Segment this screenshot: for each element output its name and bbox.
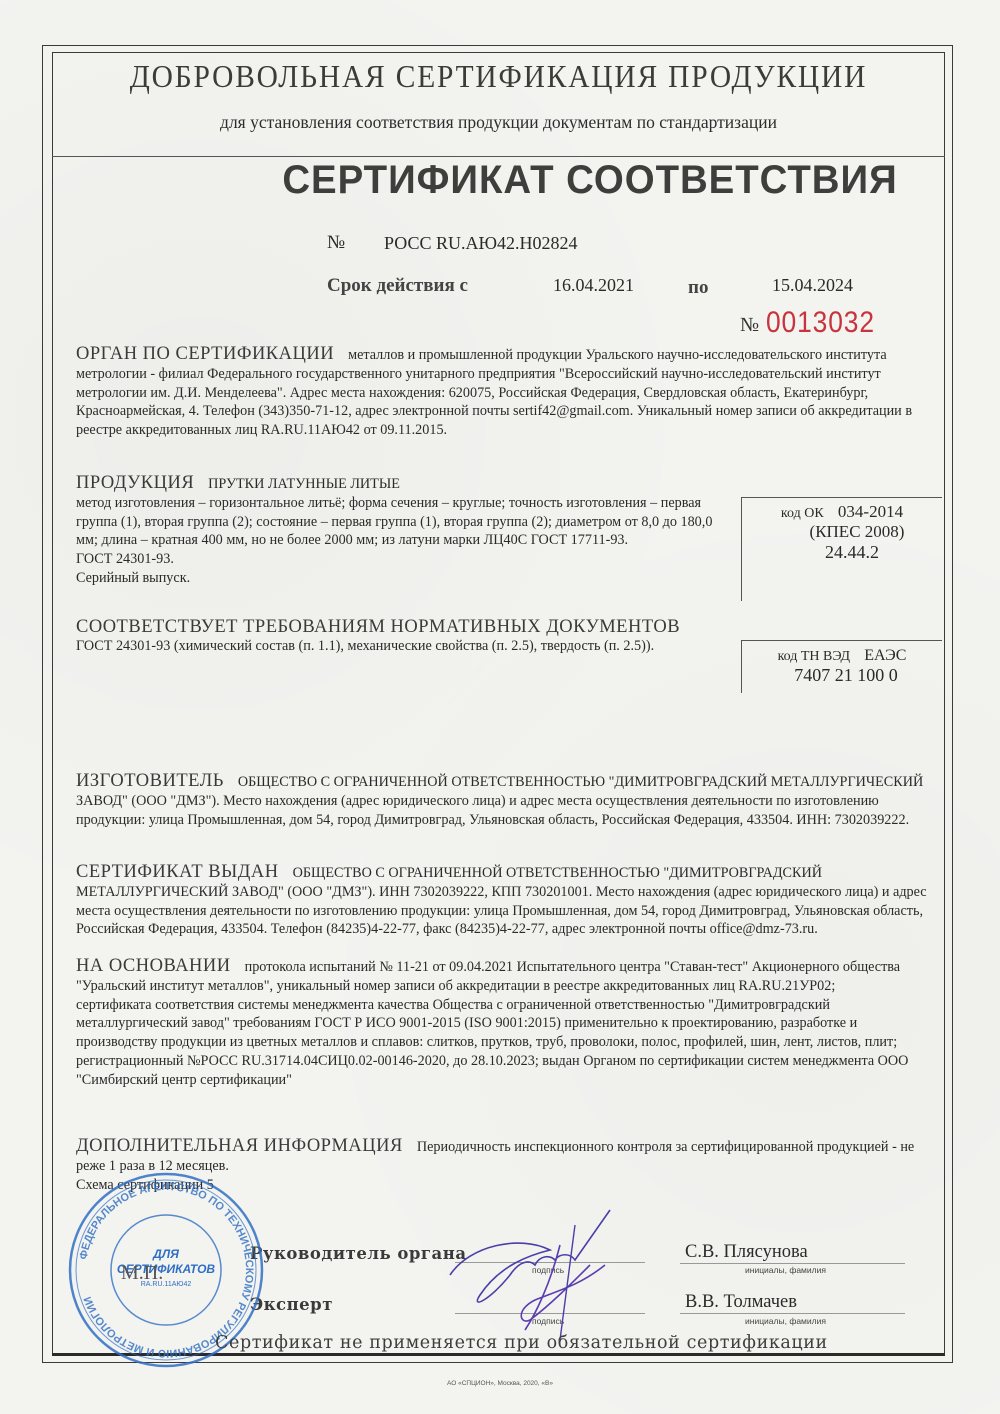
product-standard: ГОСТ 24301-93. [76, 550, 736, 569]
header-title: ДОБРОВОЛЬНАЯ СЕРТИФИКАЦИЯ ПРОДУКЦИИ [88, 58, 910, 95]
valid-from-date: 16.04.2021 [553, 275, 634, 296]
certification-body-section: ОРГАН ПО СЕРТИФИКАЦИИметаллов и промышле… [76, 345, 936, 440]
header-subtitle: для установления соответствия продукции … [52, 112, 945, 133]
tnved-code-label: код ТН ВЭД [778, 649, 850, 664]
basis-section: НА ОСНОВАНИИпротокола испытаний № 11-21 … [76, 957, 936, 1090]
serial-number: 0013032 [766, 306, 875, 340]
ok-code-value: 24.44.2 [762, 542, 942, 563]
head-name: С.В. Плясунова [685, 1242, 808, 1263]
manufacturer-heading: ИЗГОТОВИТЕЛЬ [76, 771, 224, 791]
certificate-number-label: № [327, 232, 345, 254]
head-name-line [680, 1263, 905, 1264]
ok-code-classifier-name: (КПЕС 2008) [772, 522, 942, 542]
product-description: метод изготовления – горизонтальное лить… [76, 494, 736, 550]
compliance-text: ГОСТ 24301-93 (химический состав (п. 1.1… [76, 637, 736, 656]
ok-code-box: код ОК 034-2014 (КПЕС 2008) 24.44.2 [741, 497, 942, 601]
expert-name-caption: инициалы, фамилия [745, 1316, 826, 1326]
certification-body-heading: ОРГАН ПО СЕРТИФИКАЦИИ [76, 344, 334, 364]
handwritten-signatures-icon [440, 1205, 640, 1345]
valid-to-date: 15.04.2024 [772, 275, 853, 296]
serial-number-label: № [740, 314, 759, 337]
certificate-title: СЕРТИФИКАТ СООТВЕТСТВИЯ [273, 158, 907, 203]
svg-text:ДЛЯ: ДЛЯ [152, 1247, 179, 1261]
production-type: Серийный выпуск. [76, 569, 736, 588]
footer-note: Сертификат не применяется при обязательн… [215, 1333, 828, 1353]
issued-to-heading: СЕРТИФИКАТ ВЫДАН [76, 862, 279, 882]
additional-info-heading: ДОПОЛНИТЕЛЬНАЯ ИНФОРМАЦИЯ [76, 1136, 403, 1156]
validity-label: Срок действия с [327, 275, 468, 297]
header-divider [52, 156, 945, 157]
compliance-section: СООТВЕТСТВУЕТ ТРЕБОВАНИЯМ НОРМАТИВНЫХ ДО… [76, 618, 736, 656]
issued-to-section: СЕРТИФИКАТ ВЫДАНОБЩЕСТВО С ОГРАНИЧЕННОЙ … [76, 863, 936, 939]
certificate-number: РОСС RU.АЮ42.Н02824 [384, 233, 577, 254]
stamp-place-label: М.П. [121, 1262, 163, 1285]
ok-code-label: код ОК [781, 506, 824, 521]
basis-text-qms: сертификата соответствия системы менеджм… [76, 996, 936, 1090]
expert-name: В.В. Толмачев [685, 1292, 797, 1313]
tnved-code-value: 7407 21 100 0 [750, 665, 942, 686]
tnved-code-suffix: ЕАЭС [864, 647, 906, 664]
basis-heading: НА ОСНОВАНИИ [76, 956, 231, 976]
ok-code-classifier: 034-2014 [838, 502, 903, 521]
printer-imprint: АО «СПЦИОН», Москва, 2020, «В» [0, 1380, 1000, 1387]
head-of-body-label: Руководитель органа [250, 1244, 467, 1263]
manufacturer-section: ИЗГОТОВИТЕЛЬОБЩЕСТВО С ОГРАНИЧЕННОЙ ОТВЕ… [76, 772, 936, 829]
compliance-heading: СООТВЕТСТВУЕТ ТРЕБОВАНИЯМ НОРМАТИВНЫХ ДО… [76, 618, 722, 637]
validity-to-label: по [688, 277, 708, 299]
product-name: ПРУТКИ ЛАТУННЫЕ ЛИТЫЕ [208, 476, 400, 492]
product-heading: ПРОДУКЦИЯ [76, 473, 194, 493]
tnved-code-box: код ТН ВЭД ЕАЭС 7407 21 100 0 [741, 640, 942, 693]
expert-name-line [680, 1313, 905, 1314]
head-name-caption: инициалы, фамилия [745, 1265, 826, 1275]
product-section: ПРОДУКЦИЯПРУТКИ ЛАТУННЫЕ ЛИТЫЕ метод изг… [76, 474, 736, 588]
